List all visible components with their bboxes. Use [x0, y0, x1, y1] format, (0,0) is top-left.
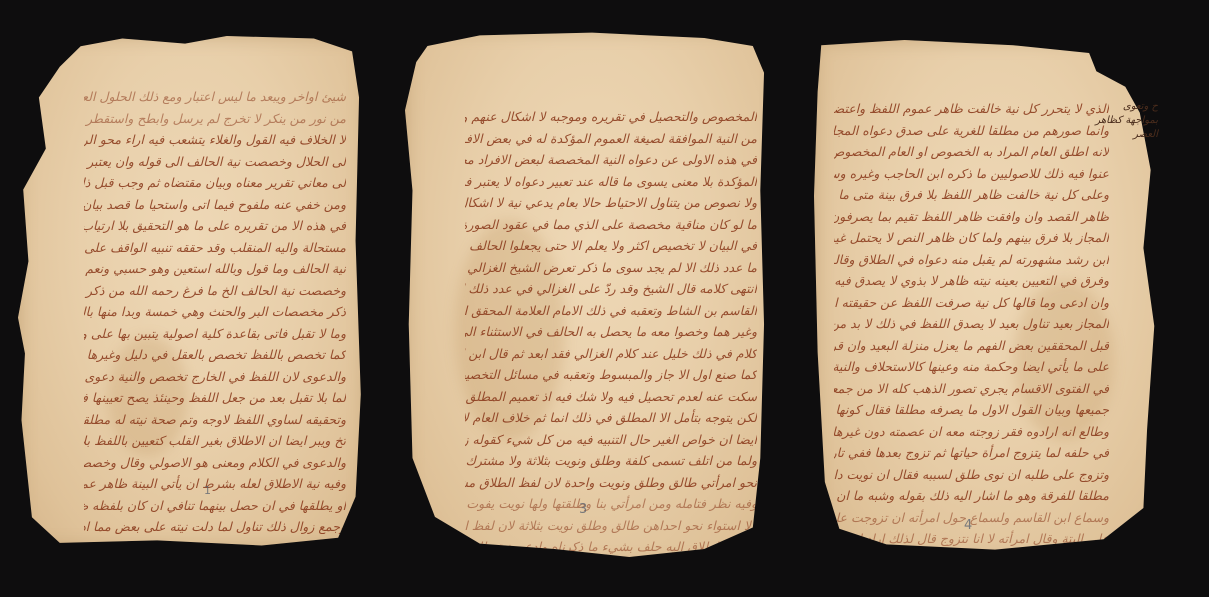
text-line: وغير هما وخصوا معه ما يحصل به الحالف في …: [465, 321, 757, 343]
text-line: ما لو كان مناقية مخصصة على الذي مما في ع…: [465, 214, 757, 236]
text-line: قبل المحققين بعض الفهم ما يعزل منزلة الب…: [834, 335, 1109, 357]
text-line: من نور من ينكر لا تخرج لم يرسل وابطح واس…: [84, 108, 346, 130]
text-line: الذي لا يتحرر كل نية خالفت ظاهر عموم الل…: [834, 98, 1109, 120]
text-line: المجاز بلا فرق بينهم ولما كان ظاهر النص …: [834, 227, 1109, 249]
text-line: في هذه الا من تقريره على ما هو التحقيق ب…: [84, 215, 346, 237]
text-line: جميعها وبيان القول الاول ما يصرفه مطلقا …: [834, 399, 1109, 421]
text-line: وجمع زوال ذلك تناول لما دلت نيته على بعض…: [84, 516, 346, 538]
text-line: وفيه نية الاطلاق لعله بشرط ان يأتي البين…: [84, 473, 346, 495]
text-line: دعوى النية المخصصة الظاهرة العموم المناف…: [465, 558, 757, 580]
text-line: ولما من اتلف تسمى كلفة وطلق ونويت بثلاثة…: [465, 450, 757, 472]
marginal-note: ح وتعوى بمواجهة كظاهر العصر: [1088, 100, 1158, 142]
text-line: انتهى كلامه قال الشيخ وقد ردّ على الغزال…: [465, 278, 757, 300]
text-line: بان كل امرأة وعي عنده وجه ما يمنع امرأته…: [834, 550, 1109, 572]
text-line: او طرفه او يستحق دعوى النية المخالفة لظا…: [84, 538, 346, 560]
text-line: وتحقيقه لساوي اللفظ لاوجه وتم صحة نيته ل…: [84, 409, 346, 431]
text-line: وان ادعى وما قالها كل نية صرفت اللفظ عن …: [834, 292, 1109, 314]
text-line: نحو امرأتي طالق وطلق ونويت واحدة لان لفظ…: [465, 472, 757, 494]
manuscript-text: الذي لا يتحرر كل نية خالفت ظاهر عموم الل…: [834, 98, 1109, 571]
text-line: مطلقا للفرقة وهو ما اشار اليه ذلك بقوله …: [834, 485, 1109, 507]
text-line: في هذه الاولى عن دعواه النية المخصصة لبع…: [465, 149, 757, 171]
text-line: على ما يأتي ايضا وحكمة منه وعينها كالاست…: [834, 356, 1109, 378]
text-line: ابن رشد مشهورته لم يقبل منه دعواه في الط…: [834, 249, 1109, 271]
text-line: وما لا تقبل فاتى بقاعدة كلية اصولية يتبي…: [84, 323, 346, 345]
text-line: ولا نصوص من يتناول الاحتياط حالا بعام يد…: [465, 192, 757, 214]
text-line: المجاز بعيد تناول بعيد لا يصدق اللفظ في …: [834, 313, 1109, 335]
text-line: ومن خفي عنه ملفوح فيما اتى واستحيا ما قص…: [84, 194, 346, 216]
text-line: ولا استواء نحو احداهن طالق وطلق نويت بثل…: [465, 515, 757, 537]
text-line: وانما صورهم من مطلقا للغرية على صدق دعوا…: [834, 120, 1109, 142]
page-number: 1: [204, 484, 211, 497]
text-line: كما صنع اول الا جاز والمبسوط وتعقبه في م…: [465, 364, 757, 386]
text-line: ذكر مخصصات البر والحنث وهي خمسة وبدا منه…: [84, 301, 346, 323]
text-line: المؤكدة بلا معنى يسوى ما قاله عند تعبير …: [465, 171, 757, 193]
text-line: لانه اطلق العام المراد به الخصوص او العا…: [834, 141, 1109, 163]
text-line: لا الخلاف فيه القول والغلاء يتشعب فيه ار…: [84, 129, 346, 151]
text-line: والدعوى في الكلام ومعنى هو الاصولي وقال …: [84, 452, 346, 474]
manuscript-text: المخصوص والتحصيل في تقريره وموجبه لا اشك…: [465, 106, 757, 579]
text-line: وفيه نظر فتامله ومن امرأتي بنا وطلقتها و…: [465, 493, 757, 515]
text-line: لما بلا تقبل بعد من جعل اللفظ وحينئذ يصح…: [84, 387, 346, 409]
text-line: والدعوى لان اللفظ في الخارج تخصص والنية …: [84, 366, 346, 388]
text-line: نية الحالف وما قول وبالله استعين وهو حسب…: [84, 258, 346, 280]
text-line: وتزوج على طلبه ان نوى طلق لسببه فقال ان …: [834, 464, 1109, 486]
text-line: ايضا ان خواص الغير حال التنبيه فيه من كل…: [465, 429, 757, 451]
text-line: سكت عنه لعدم تحصيل فيه ولا شك فيه اذ تعم…: [465, 386, 757, 408]
page-number: 4: [964, 518, 972, 533]
text-line: وخصصت نية الحالف الخ ما فرغ رحمه الله من…: [84, 280, 346, 302]
text-line: عنوا فيه ذلك للاصوليين ما ذكره ابن الحاج…: [834, 163, 1109, 185]
text-line: في البيان لا تخصيص اكثر ولا يعلم الا حتى…: [465, 235, 757, 257]
text-line: كما تخصص باللفظ تخصص بالعقل في دليل وغير…: [84, 344, 346, 366]
text-line: في الفتوى الاقسام يجري تصور الذهب كله ال…: [834, 378, 1109, 400]
text-line: وطالع انه ارادوه فقر زوجته معه ان عصمته …: [834, 421, 1109, 443]
text-line: لى معاني تقرير معناه وبيان مقتضاه ثم وجب…: [84, 172, 346, 194]
text-line: كلام في ذلك خليل عند كلام الغزالي فقد اب…: [465, 343, 757, 365]
manuscript-page-1: شيئ اواخر ويبعد ما ليس اعتبار ومع ذلك ال…: [18, 36, 366, 548]
page-number: 3: [579, 502, 587, 517]
text-line: من النية الموافقة لصيغة العموم المؤكدة ل…: [465, 128, 757, 150]
text-line: لكن يتوجه بتأمل الا المطلق في ذلك انما ث…: [465, 407, 757, 429]
text-line: ظاهر القصد وان وافقت ظاهر اللفظ تقيم بما…: [834, 206, 1109, 228]
text-line: ما عدد ذلك الا لم يجد سوى ما ذكر تعرض ال…: [465, 257, 757, 279]
manuscript-text: شيئ اواخر ويبعد ما ليس اعتبار ومع ذلك ال…: [84, 86, 346, 559]
text-line: القاسم بن الشاط وتعقبه في ذلك الامام الع…: [465, 300, 757, 322]
text-line: في حلفه لما يتزوج امرأة حياتها ثم تزوج ب…: [834, 442, 1109, 464]
text-line: وعلى كل نية خالفت ظاهر اللفظ بلا فرق بين…: [834, 184, 1109, 206]
text-line: مستحالة واليه المنقلب وقد حققه تنبيه الو…: [84, 237, 346, 259]
text-line: لى الحلال وخصصت نية الحالف الى قوله وان …: [84, 151, 346, 173]
manuscript-page-3: المخصوص والتحصيل في تقريره وموجبه لا اشك…: [405, 30, 779, 565]
text-line: وفرق في التعيين بعينه نيته ظاهر لا بذوي …: [834, 270, 1109, 292]
text-line: تخ ويبر ايضا ان الاطلاق بغير القلب كتعيي…: [84, 430, 346, 452]
text-line: المخصوص والتحصيل في تقريره وموجبه لا اشك…: [465, 106, 757, 128]
text-line: او يطلقها في ان حصل بينهما تنافي ان كان …: [84, 495, 346, 517]
text-line: شيئ اواخر ويبعد ما ليس اعتبار ومع ذلك ال…: [84, 86, 346, 108]
text-line: اذا دل الطلاق اليه حلف بشيء ما ذكرناه وا…: [465, 536, 757, 558]
